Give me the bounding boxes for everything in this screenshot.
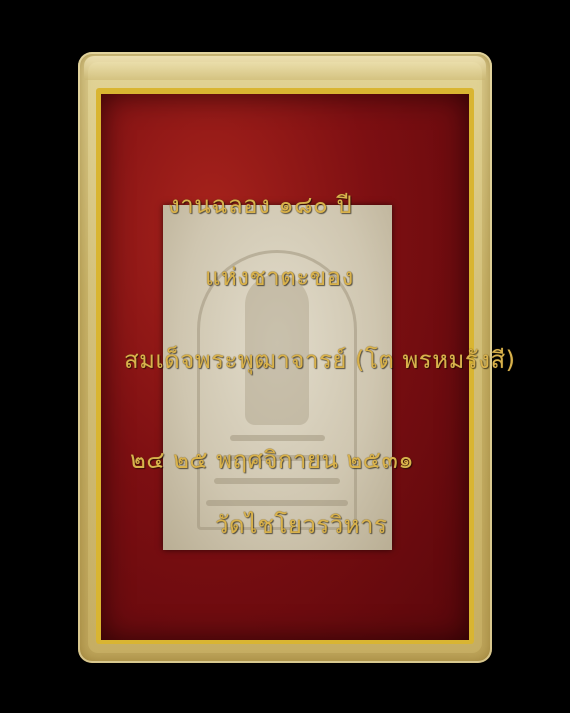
inscription-line-5: วัดไชโยวรวิหาร	[215, 505, 387, 544]
inscription-line-1: งานฉลอง ๑๘๐ ปี	[168, 185, 352, 224]
inscription-line-2: แห่งชาตะของ	[205, 257, 354, 296]
inscription-line-4: ๒๔ ๒๕ พฤศจิกายน ๒๕๓๑	[130, 440, 414, 479]
case-lid-hinge	[84, 56, 486, 80]
inscription-line-3: สมเด็จพระพุฒาจารย์ (โต พรหมรังสี)	[124, 340, 515, 379]
